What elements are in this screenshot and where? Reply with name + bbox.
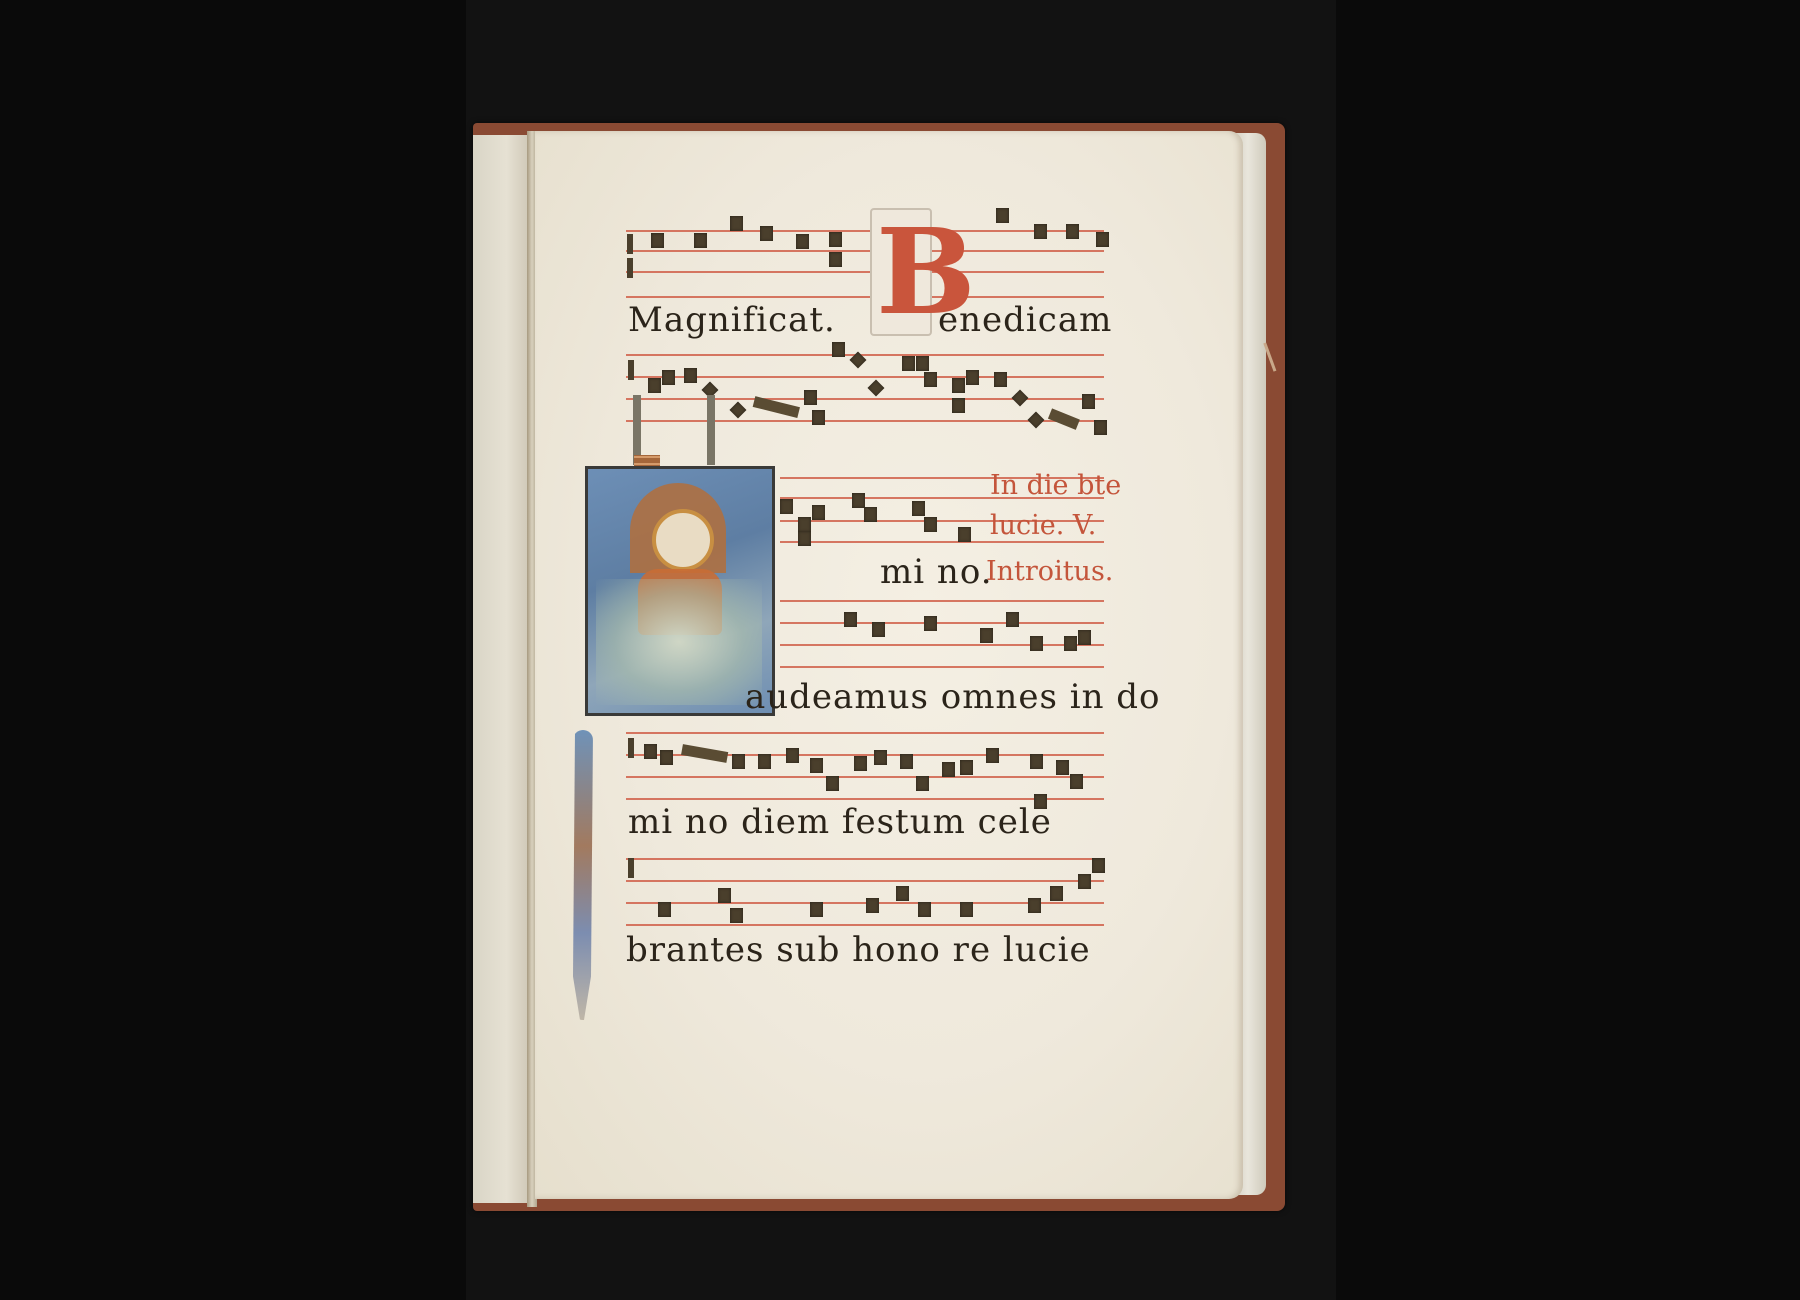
staff-6 — [626, 858, 1104, 926]
lyric-benedicam: enedicam — [938, 300, 1112, 340]
rubric-line-1: In die bte — [990, 470, 1121, 501]
marginal-dragon-ornament — [573, 730, 593, 1020]
left-flyleaf — [473, 135, 529, 1203]
lyric-gaudeamus: audeamus omnes in do — [745, 677, 1161, 717]
canopy-spire-right — [707, 395, 715, 465]
photo-stage: B Magnificat. enedicam — [0, 0, 1800, 1300]
lyric-mi-no: mi no. — [880, 552, 993, 592]
staff-4 — [780, 600, 1104, 668]
staff-1 — [626, 228, 1104, 300]
rubric-line-2: lucie. V. — [990, 510, 1096, 541]
decorated-initial-b: B — [870, 208, 932, 336]
saint-figure-head — [652, 509, 714, 571]
letter-g-body — [596, 579, 762, 705]
lyric-celebrantes: brantes sub hono re lucie — [626, 930, 1091, 970]
lyric-magnificat: Magnificat. — [628, 300, 836, 340]
staff-2 — [626, 354, 1104, 422]
rubric-introitus: Introitus. — [986, 556, 1113, 587]
lyric-mi-no-diem: mi no diem festum cele — [628, 802, 1052, 842]
staff-5 — [626, 730, 1104, 800]
